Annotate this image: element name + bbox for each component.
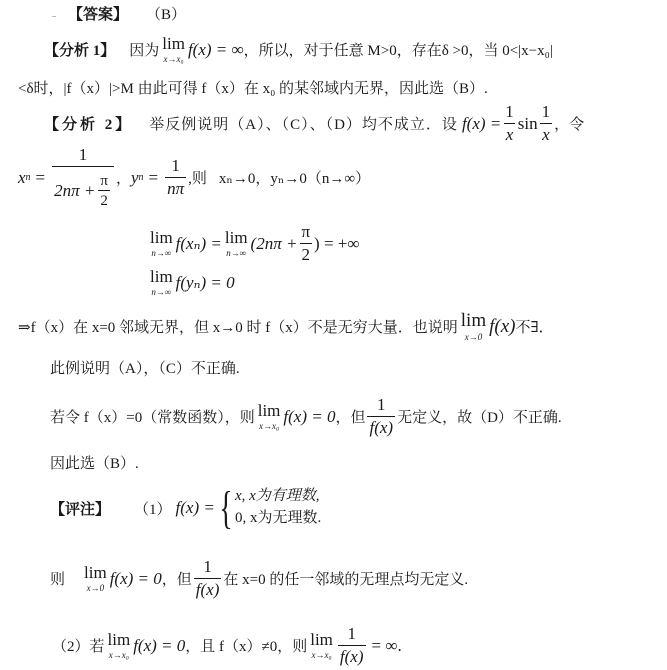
limit-yn-line: lim n→∞ f(yₙ) = 0 xyxy=(147,268,235,297)
math-expression: f(x) = xyxy=(462,114,501,134)
example-note: 此例说明（A），（C）不正确. xyxy=(50,357,240,378)
analysis2-tag: 【分析 2】 xyxy=(44,113,133,134)
remark-item1-then: 则 lim x→0 f(x) = 0 ，但 1 f(x) 在 x=0 的任一邻域… xyxy=(50,558,468,599)
limit-xn-line: lim n→∞ f(xₙ) = lim n→∞ (2nπ + π 2 ) = +… xyxy=(147,223,360,264)
analysis1-line2: <δ时，|f（x）|>M 由此可得 f（x）在 x₀ 的某邻域内无界，因此选（B… xyxy=(18,77,488,98)
math-expression: f(x) = ∞ xyxy=(188,40,244,60)
analysis1-tag: 【分析 1】 xyxy=(44,39,115,60)
analysis2-text: 举反例说明（A）、（C）、（D）均不成立．设 xyxy=(149,113,458,134)
remark-tag: 【评注】 xyxy=(50,498,110,519)
analysis2-text-cont: ，令 xyxy=(554,113,584,134)
piecewise-cases: x, x为有理数, 0, x为无理数. xyxy=(235,486,321,530)
answer-value: （B） xyxy=(146,3,186,24)
fraction-yn: 1 nπ xyxy=(165,157,186,198)
sin-function: sin xyxy=(518,114,538,134)
limit-expression: lim x→x₀ xyxy=(162,35,185,64)
analysis2-line1: 【分析 2】 举反例说明（A）、（C）、（D）均不成立．设 f(x) = 1 x… xyxy=(44,103,584,144)
scan-mark xyxy=(52,16,56,17)
fraction-xn: 1 2nπ + π 2 xyxy=(52,146,114,210)
remark-item1: 【评注】 （1） f(x) = { x, x为有理数, 0, x为无理数. xyxy=(50,485,321,531)
conclusion-line: ⇒f（x）在 x=0 邻域无界，但 x→0 时 f（x）不是无穷大量．也说明 l… xyxy=(18,311,554,342)
answer-line: 【答案】 （B） xyxy=(68,3,186,24)
brace-icon: { xyxy=(219,485,232,531)
answer-tag: 【答案】 xyxy=(68,3,128,24)
convergence-text: xₙ→0，yₙ→0（n→∞） xyxy=(219,167,370,188)
analysis1-text-cont: ，所以，对于任意 M>0，存在δ >0，当 0<|x−x₀| xyxy=(244,39,553,60)
final-choice: 因此选（B）. xyxy=(50,452,139,473)
fraction: 1 x xyxy=(503,103,516,144)
analysis1-conclusion: <δ时，|f（x）|>M 由此可得 f（x）在 x₀ 的某邻域内无界，因此选（B… xyxy=(18,77,488,98)
analysis1-text: 因为 xyxy=(129,39,159,60)
analysis1-line1: 【分析 1】 因为 lim x→x₀ f(x) = ∞ ，所以，对于任意 M>0… xyxy=(44,35,553,64)
remark-item2: （2）若 lim x→x₀ f(x) = 0 ，且 f（x）≠0，则 lim x… xyxy=(52,625,402,666)
counterexample-line: 若令 f（x）=0（常数函数），则 lim x→x₀ f(x) = 0 ，但 1… xyxy=(50,396,562,437)
fraction: 1 x xyxy=(540,103,553,144)
sequence-definition: xn = 1 2nπ + π 2 ， yn = 1 nπ ,则 xₙ→0，yₙ→… xyxy=(18,146,370,210)
